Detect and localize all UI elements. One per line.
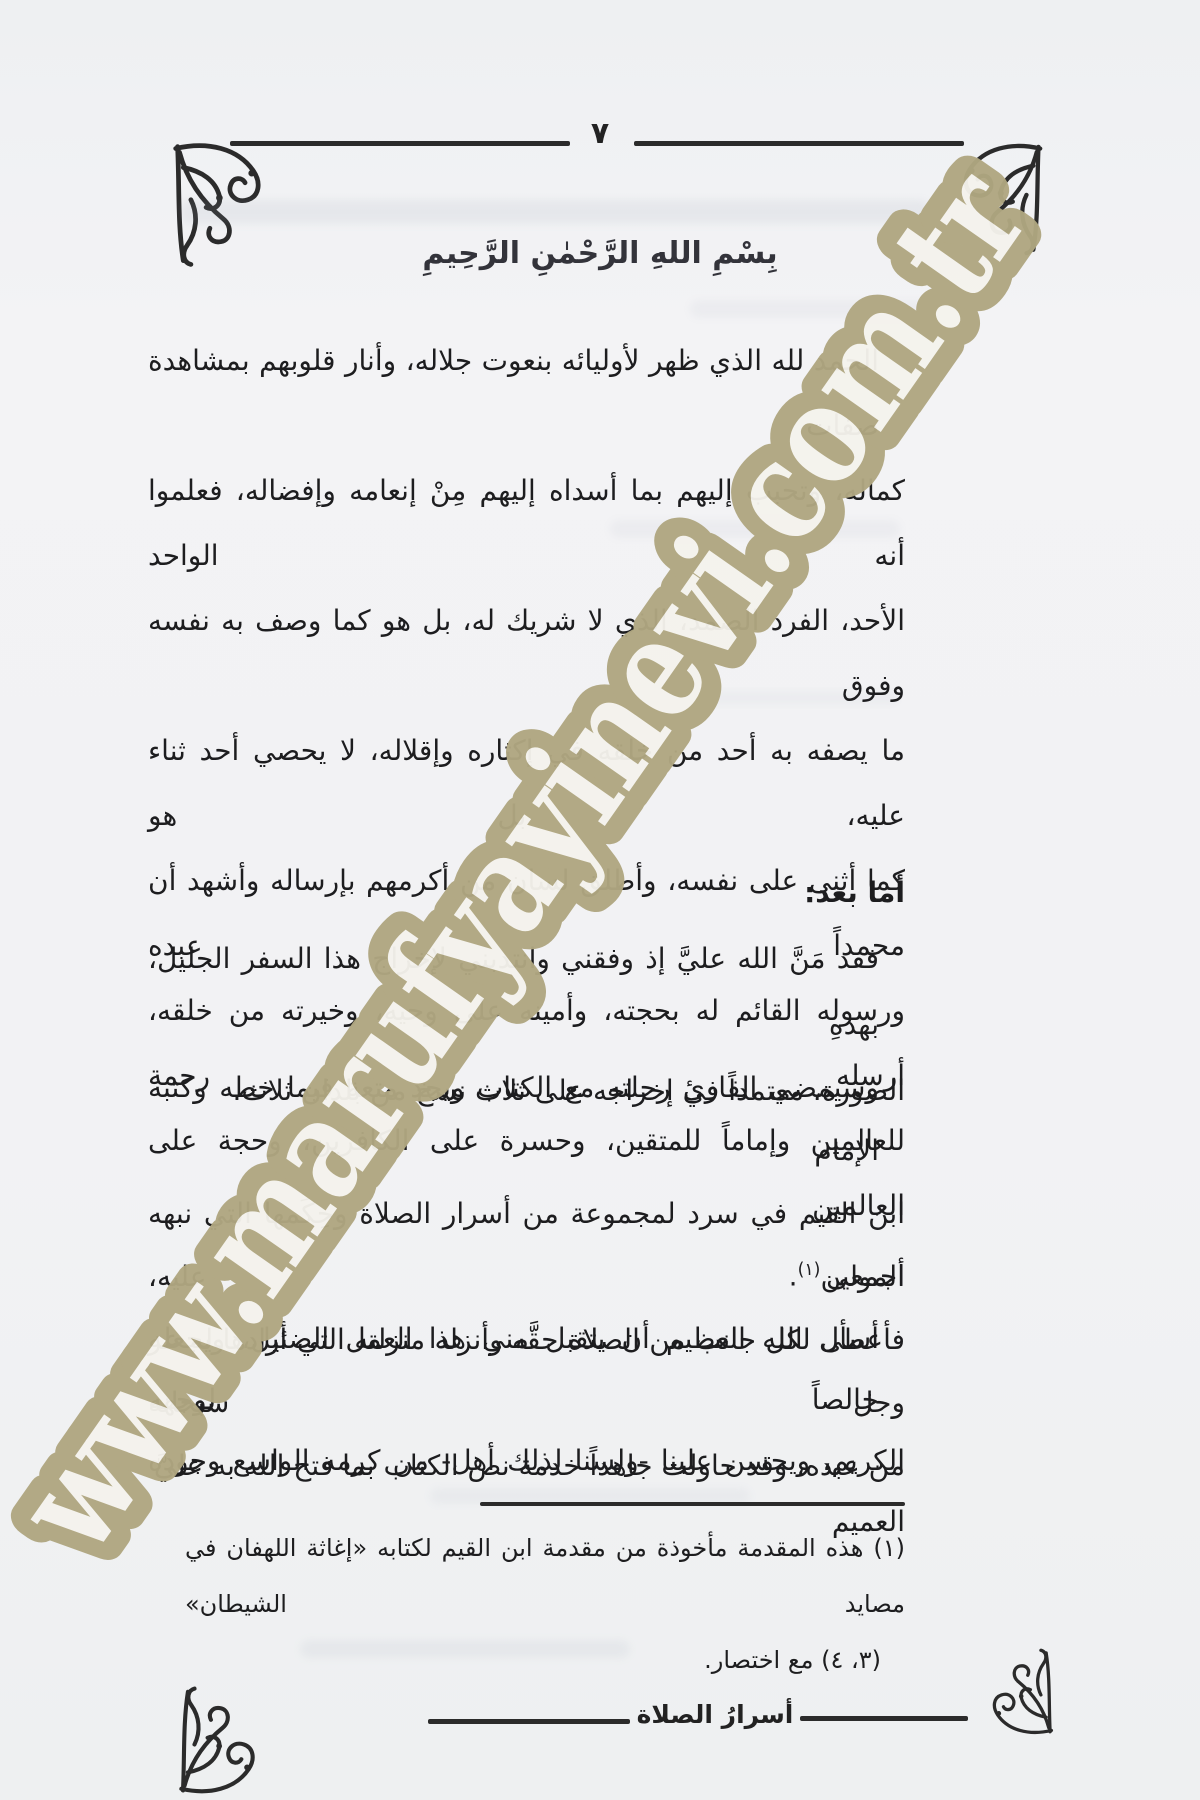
paragraph-4: أسأل الله العظيم أن يتقبل مني هذا العمل … — [148, 1308, 905, 1552]
body-line: الأحد، الفرد الصمد، الذي لا شريك له، بل … — [148, 588, 905, 718]
footer-rule-left — [428, 1719, 630, 1724]
footnote: (١) هذه المقدمة مأخوذة من مقدمة ابن القي… — [185, 1520, 905, 1688]
header-rule-left — [230, 141, 570, 146]
body-line: الحمد لله الذي ظهر لأوليائه بنعوت جلاله،… — [148, 328, 905, 458]
body-line: أسأل الله العظيم أن يتقبل مني هذا العمل … — [148, 1308, 905, 1430]
footer-rule-right — [800, 1716, 968, 1721]
corner-ornament-bottom-left-icon — [165, 1682, 270, 1797]
corner-ornament-bottom-right-icon — [975, 1645, 1070, 1737]
body-line: ما يصفه به أحد من خلقه في إكثاره وإقلاله… — [148, 718, 905, 848]
body-line: كماله، وتحبب إليهم بما أسداه إليهم مِنْ … — [148, 458, 905, 588]
ama-bad-heading: أما بعد: — [148, 860, 905, 925]
basmala-calligraphy: بِسْمِ اللهِ الرَّحْمٰنِ الرَّحِيمِ — [380, 236, 820, 271]
body-line: وسيمضي القارئ رحلته مع الكتاب ويجد متعة … — [148, 1056, 905, 1182]
corner-ornament-top-right-icon — [955, 140, 1050, 260]
footnote-line-2: (٣، ٤) مع اختصار. — [185, 1632, 905, 1688]
body-line: فقد مَنَّ الله عليَّ إذ وفقني وانتدبني ل… — [148, 926, 905, 1058]
footnote-divider — [480, 1502, 905, 1506]
page-number: ٧ — [560, 116, 640, 151]
bleedthrough-smudge — [690, 300, 930, 318]
corner-ornament-top-left-icon — [170, 133, 265, 278]
footer-title: أسرارُ الصلاة — [620, 1700, 810, 1729]
book-page: ٧ بِسْمِ اللهِ الرَّحْمٰنِ الرَّحِيمِ ال… — [0, 0, 1200, 1800]
header-rule-right — [634, 141, 964, 146]
bleedthrough-smudge — [180, 200, 930, 224]
section-heading-block: أما بعد: — [148, 860, 905, 925]
body-line: ابن القيم في سرد لمجموعة من أسرار الصلاة… — [148, 1182, 905, 1308]
footnote-line-1: (١) هذه المقدمة مأخوذة من مقدمة ابن القي… — [185, 1520, 905, 1632]
